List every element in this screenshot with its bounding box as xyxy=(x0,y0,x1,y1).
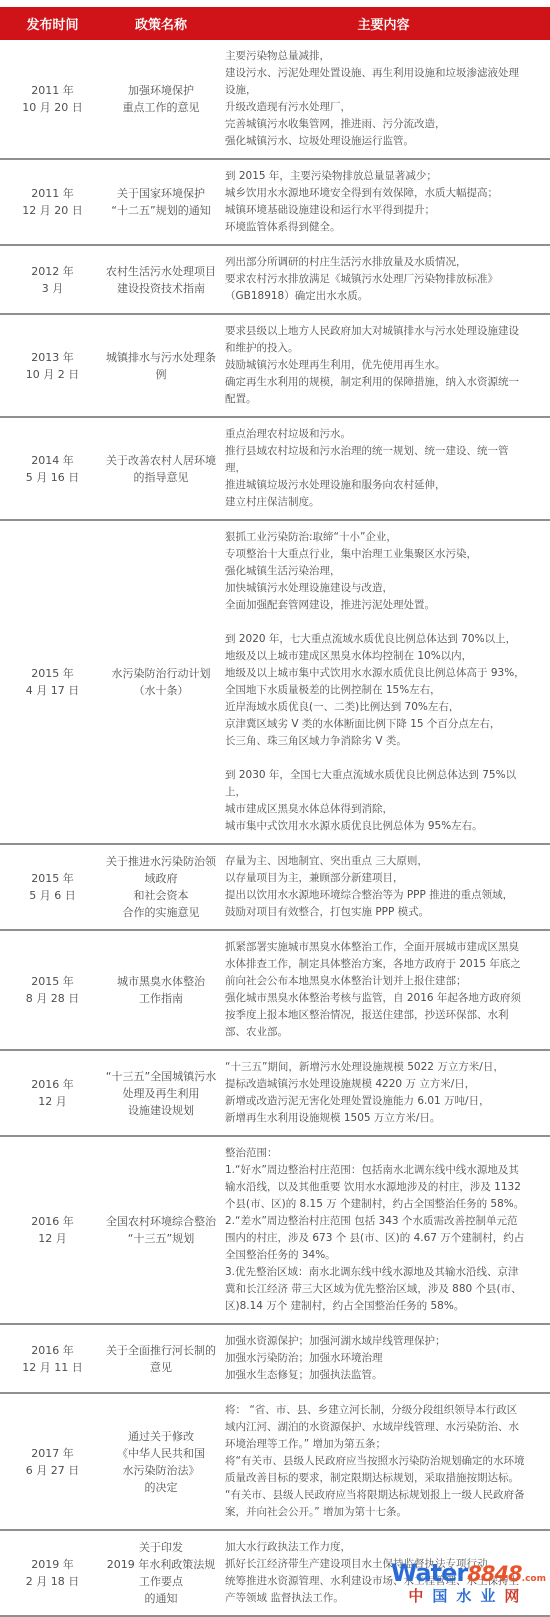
content-paragraph: 加强水资源保护；加强河湖水域岸线管理保护；加强水污染防治；加强水环境治理加强水生… xyxy=(225,1333,526,1384)
content-line: 推进城镇垃圾污水处理设施和服务向农村延伸， xyxy=(225,477,526,494)
row-content: 整治范围：1.“好水”周边整治村庄范围：包括南水北调东线中线水源地及其输水沿线，… xyxy=(217,1143,550,1317)
content-line: 提出以饮用水水源地环境综合整治等为 PPP 推进的重点领域， xyxy=(225,887,526,904)
row-content: 加强水资源保护；加强河湖水域岸线管理保护；加强水污染防治；加强水环境治理加强水生… xyxy=(217,1331,550,1386)
content-line: 列出部分所调研的村庄生活污水排放量及水质情况， xyxy=(225,254,526,271)
row-date: 2015 年 5 月 6 日 xyxy=(0,870,105,904)
table-row: 2016 年 12 月 “十三五”全国城镇污水 处理及再生利用 设施建设规划 “… xyxy=(0,1049,550,1135)
content-line: 城镇环境基础设施建设和运行水平得到提升； xyxy=(225,202,526,219)
content-line: 强化城市黑臭水体整治考核与监管，自 2016 年起各地方政府须按季度上报本地区整… xyxy=(225,990,526,1041)
content-line: 狠抓工业污染防治:取缔“十小”企业， xyxy=(225,529,526,546)
content-line: 加大水行政执法工作力度， xyxy=(225,1539,526,1556)
row-policy-name: 城镇排水与污水处理条例 xyxy=(105,349,217,383)
content-line: 建立村庄保洁制度。 xyxy=(225,494,526,511)
row-policy-name: 关于印发 2019 年水利政策法规工作要点 的通知 xyxy=(105,1539,217,1607)
row-policy-name: 通过关于修改 《中华人民共和国 水污染防治法》 的决定 xyxy=(105,1428,217,1496)
content-line: 全国地下水质量极差的比例控制在 15%左右， xyxy=(225,682,526,699)
table-row: 2011 年 10 月 20 日 加强环境保护 重点工作的意见 主要污染物总量减… xyxy=(0,40,550,158)
content-line: 长三角、珠三角区域力争消除劣 V 类。 xyxy=(225,733,526,750)
row-date: 2015 年 4 月 17 日 xyxy=(0,665,105,699)
row-content: “十三五”期间，新增污水处理设施规模 5022 万立方米/日，提标改造城镇污水处… xyxy=(217,1057,550,1129)
content-line: 城乡饮用水水源地环境安全得到有效保障，水质大幅提高； xyxy=(225,185,526,202)
content-line: 整治范围： xyxy=(225,1145,526,1162)
row-content: 要求县级以上地方人民政府加大对城镇排水与污水处理设施建设和维护的投入。鼓励城镇污… xyxy=(217,321,550,410)
content-line: 存量为主、因地制宜、突出重点 三大原则， xyxy=(225,853,526,870)
content-line: 城市建成区黑臭水体总体得到消除， xyxy=(225,801,526,818)
row-policy-name: 水污染防治行动计划 （水十条） xyxy=(105,665,217,699)
content-line: 将“有关市、县级人民政府应当按照水污染防治规划确定的水环境质量改善目标的要求，制… xyxy=(225,1453,526,1521)
table-row: 2014 年 5 月 16 日 关于改善农村人居环境 的指导意见 重点治理农村垃… xyxy=(0,416,550,519)
content-line: 确定再生水利用的规模，制定利用的保障措施，纳入水资源统一配置。 xyxy=(225,374,526,408)
row-date: 2016 年 12 月 xyxy=(0,1076,105,1110)
row-policy-name: “十三五”全国城镇污水 处理及再生利用 设施建设规划 xyxy=(105,1068,217,1119)
content-line: 城市集中式饮用水水源水质优良比例总体为 95%左右。 xyxy=(225,818,526,835)
row-date: 2011 年 10 月 20 日 xyxy=(0,82,105,116)
row-date: 2019 年 2 月 18 日 xyxy=(0,1556,105,1590)
table-row: 2012 年 3 月 农村生活污水处理项目 建设投资技术指南 列出部分所调研的村… xyxy=(0,244,550,313)
content-line: “十三五”期间，新增污水处理设施规模 5022 万立方米/日， xyxy=(225,1059,526,1076)
row-policy-name: 城市黑臭水体整治 工作指南 xyxy=(105,973,217,1007)
content-paragraph: 主要污染物总量减排，建设污水、污泥处理处置设施、再生利用设施和垃圾渗滤液处理设施… xyxy=(225,48,526,150)
content-paragraph: 到 2015 年，主要污染物排放总量显著减少；城乡饮用水水源地环境安全得到有效保… xyxy=(225,168,526,236)
content-line: 新增或改造污泥无害化处理处置设施能力 6.01 万吨/日， xyxy=(225,1093,526,1110)
content-line: 要求农村污水排放满足《城镇污水处理厂污染物排放标准》（GB18918）确定出水水… xyxy=(225,271,526,305)
content-paragraph: 到 2020 年，七大重点流域水质优良比例总体达到 70%以上，地级及以上城市建… xyxy=(225,631,526,750)
table-row: 2016 年 12 月 11 日 关于全面推行河长制的意见 加强水资源保护；加强… xyxy=(0,1323,550,1392)
content-line: 专项整治十大重点行业，集中治理工业集聚区水污染， xyxy=(225,546,526,563)
content-paragraph: 要求县级以上地方人民政府加大对城镇排水与污水处理设施建设和维护的投入。鼓励城镇污… xyxy=(225,323,526,408)
content-paragraph: 将： “省、市、县、乡建立河长制，分级分段组织领导本行政区域内江河、湖泊的水资源… xyxy=(225,1402,526,1521)
policy-table-page: 发布时间 政策名称 主要内容 2011 年 10 月 20 日 加强环境保护 重… xyxy=(0,0,550,1617)
content-line: 1.“好水”周边整治村庄范围：包括南水北调东线中线水源地及其输水沿线，以及其他重… xyxy=(225,1162,526,1213)
content-line: 环境监管体系得到健全。 xyxy=(225,219,526,236)
policy-table: 发布时间 政策名称 主要内容 2011 年 10 月 20 日 加强环境保护 重… xyxy=(0,7,550,1617)
row-content: 重点治理农村垃圾和污水。推行县域农村垃圾和污水治理的统一规划、统一建设、统一管理… xyxy=(217,424,550,513)
table-row: 2015 年 5 月 6 日 关于推进水污染防治领域政府 和社会资本 合作的实施… xyxy=(0,843,550,929)
content-line: 到 2015 年，主要污染物排放总量显著减少； xyxy=(225,168,526,185)
content-line: 到 2020 年，七大重点流域水质优良比例总体达到 70%以上， xyxy=(225,631,526,648)
content-line: 新增再生水利用设施规模 1505 万立方米/日。 xyxy=(225,1110,526,1127)
content-line: 要求县级以上地方人民政府加大对城镇排水与污水处理设施建设和维护的投入。 xyxy=(225,323,526,357)
content-line: 2.“差水”周边整治村庄范围 包括 343 个水质需改善控制单元范围内的村庄，涉… xyxy=(225,1213,526,1264)
content-line: 鼓励对项目有效整合，打包实施 PPP 模式。 xyxy=(225,904,526,921)
content-paragraph: 加大水行政执法工作力度，抓好长江经济带生产建设项目水土保持监督执法专项行动，统筹… xyxy=(225,1539,526,1607)
content-line: 强化城镇污水、垃圾处理设施运行监管。 xyxy=(225,133,526,150)
row-policy-name: 关于国家环境保护 “十二五”规划的通知 xyxy=(105,185,217,219)
content-paragraph: “十三五”期间，新增污水处理设施规模 5022 万立方米/日，提标改造城镇污水处… xyxy=(225,1059,526,1127)
content-paragraph: 列出部分所调研的村庄生活污水排放量及水质情况，要求农村污水排放满足《城镇污水处理… xyxy=(225,254,526,305)
content-line: 抓紧部署实施城市黑臭水体整治工作，全面开展城市建成区黑臭水体排查工作，制定具体整… xyxy=(225,939,526,990)
content-line: 将： “省、市、县、乡建立河长制，分级分段组织领导本行政区域内江河、湖泊的水资源… xyxy=(225,1402,526,1453)
content-line: 升级改造现有污水处理厂， xyxy=(225,99,526,116)
column-header-date: 发布时间 xyxy=(0,14,105,33)
content-line: 加快城镇污水处理设施建设与改造， xyxy=(225,580,526,597)
row-policy-name: 关于全面推行河长制的意见 xyxy=(105,1342,217,1376)
content-line: 提标改造城镇污水处理设施规模 4220 万 立方米/日， xyxy=(225,1076,526,1093)
content-line: 建设污水、污泥处理处置设施、再生利用设施和垃圾渗滤液处理设施， xyxy=(225,65,526,99)
row-policy-name: 农村生活污水处理项目 建设投资技术指南 xyxy=(105,263,217,297)
row-date: 2015 年 8 月 28 日 xyxy=(0,973,105,1007)
row-content: 将： “省、市、县、乡建立河长制，分级分段组织领导本行政区域内江河、湖泊的水资源… xyxy=(217,1400,550,1523)
content-line: 抓好长江经济带生产建设项目水土保持监督执法专项行动， xyxy=(225,1556,526,1573)
content-line: 加强水生态修复；加强执法监管。 xyxy=(225,1367,526,1384)
content-line: 全面加强配套管网建设，推进污泥处理处置。 xyxy=(225,597,526,614)
table-row: 2019 年 2 月 18 日 关于印发 2019 年水利政策法规工作要点 的通… xyxy=(0,1529,550,1615)
row-content: 列出部分所调研的村庄生活污水排放量及水质情况，要求农村污水排放满足《城镇污水处理… xyxy=(217,252,550,307)
table-row: 2016 年 12 月 全国农村环境综合整治 “十三五”规划 整治范围：1.“好… xyxy=(0,1135,550,1323)
row-content: 存量为主、因地制宜、突出重点 三大原则，以存量项目为主，兼顾部分新建项目，提出以… xyxy=(217,851,550,923)
table-row: 2015 年 4 月 17 日 水污染防治行动计划 （水十条） 狠抓工业污染防治… xyxy=(0,519,550,843)
content-line: 以存量项目为主，兼顾部分新建项目， xyxy=(225,870,526,887)
row-content: 到 2015 年，主要污染物排放总量显著减少；城乡饮用水水源地环境安全得到有效保… xyxy=(217,166,550,238)
row-policy-name: 全国农村环境综合整治 “十三五”规划 xyxy=(105,1213,217,1247)
content-paragraph: 重点治理农村垃圾和污水。推行县域农村垃圾和污水治理的统一规划、统一建设、统一管理… xyxy=(225,426,526,511)
content-line: 统筹推进水资源管理、水利建设市场、水工程管理、水土保持生产等领域 监督执法工作。 xyxy=(225,1573,526,1607)
content-line: 加强水污染防治；加强水环境治理 xyxy=(225,1350,526,1367)
content-line: 主要污染物总量减排， xyxy=(225,48,526,65)
content-line: 鼓励城镇污水处理再生利用，优先使用再生水。 xyxy=(225,357,526,374)
row-content: 加大水行政执法工作力度，抓好长江经济带生产建设项目水土保持监督执法专项行动，统筹… xyxy=(217,1537,550,1609)
content-line: 完善城镇污水收集管网，推进雨、污分流改造， xyxy=(225,116,526,133)
row-content: 主要污染物总量减排，建设污水、污泥处理处置设施、再生利用设施和垃圾渗滤液处理设施… xyxy=(217,46,550,152)
row-content: 抓紧部署实施城市黑臭水体整治工作，全面开展城市建成区黑臭水体排查工作，制定具体整… xyxy=(217,937,550,1043)
content-line: 3.优先整治区域：南水北调东线中线水源地及其输水沿线、京津冀和长江经济 带三大区… xyxy=(225,1264,526,1315)
column-header-policy-name: 政策名称 xyxy=(105,14,217,33)
row-date: 2014 年 5 月 16 日 xyxy=(0,452,105,486)
row-policy-name: 关于推进水污染防治领域政府 和社会资本 合作的实施意见 xyxy=(105,853,217,921)
content-paragraph: 抓紧部署实施城市黑臭水体整治工作，全面开展城市建成区黑臭水体排查工作，制定具体整… xyxy=(225,939,526,1041)
content-line: 推行县域农村垃圾和污水治理的统一规划、统一建设、统一管理， xyxy=(225,443,526,477)
row-date: 2016 年 12 月 xyxy=(0,1213,105,1247)
content-line: 加强水资源保护；加强河湖水域岸线管理保护； xyxy=(225,1333,526,1350)
content-line: 重点治理农村垃圾和污水。 xyxy=(225,426,526,443)
content-line: 强化城镇生活污染治理， xyxy=(225,563,526,580)
table-row: 2013 年 10 月 2 日 城镇排水与污水处理条例 要求县级以上地方人民政府… xyxy=(0,313,550,416)
content-line: 地级及以上城市集中式饮用水水源水质优良比例总体高于 93%， xyxy=(225,665,526,682)
content-paragraph: 狠抓工业污染防治:取缔“十小”企业，专项整治十大重点行业，集中治理工业集聚区水污… xyxy=(225,529,526,614)
row-policy-name: 关于改善农村人居环境 的指导意见 xyxy=(105,452,217,486)
row-date: 2016 年 12 月 11 日 xyxy=(0,1342,105,1376)
content-paragraph: 到 2030 年，全国七大重点流域水质优良比例总体达到 75%以上，城市建成区黑… xyxy=(225,767,526,835)
content-paragraph: 存量为主、因地制宜、突出重点 三大原则，以存量项目为主，兼顾部分新建项目，提出以… xyxy=(225,853,526,921)
row-content: 狠抓工业污染防治:取缔“十小”企业，专项整治十大重点行业，集中治理工业集聚区水污… xyxy=(217,527,550,837)
table-row: 2011 年 12 月 20 日 关于国家环境保护 “十二五”规划的通知 到 2… xyxy=(0,158,550,244)
column-header-main-content: 主要内容 xyxy=(217,14,550,33)
content-line: 近岸海域水质优良(一、二类)比例达到 70%左右， xyxy=(225,699,526,716)
row-policy-name: 加强环境保护 重点工作的意见 xyxy=(105,82,217,116)
row-date: 2013 年 10 月 2 日 xyxy=(0,349,105,383)
table-row: 2017 年 6 月 27 日 通过关于修改 《中华人民共和国 水污染防治法》 … xyxy=(0,1392,550,1529)
row-date: 2017 年 6 月 27 日 xyxy=(0,1445,105,1479)
row-date: 2011 年 12 月 20 日 xyxy=(0,185,105,219)
content-paragraph: 整治范围：1.“好水”周边整治村庄范围：包括南水北调东线中线水源地及其输水沿线，… xyxy=(225,1145,526,1315)
table-row: 2015 年 8 月 28 日 城市黑臭水体整治 工作指南 抓紧部署实施城市黑臭… xyxy=(0,929,550,1049)
row-date: 2012 年 3 月 xyxy=(0,263,105,297)
content-line: 地级及以上城市建成区黑臭水体均控制在 10%以内， xyxy=(225,648,526,665)
content-line: 京津冀区域劣 V 类的水体断面比例下降 15 个百分点左右， xyxy=(225,716,526,733)
content-line: 到 2030 年，全国七大重点流域水质优良比例总体达到 75%以上， xyxy=(225,767,526,801)
policy-table-body: 2011 年 10 月 20 日 加强环境保护 重点工作的意见 主要污染物总量减… xyxy=(0,40,550,1617)
table-header-row: 发布时间 政策名称 主要内容 xyxy=(0,7,550,40)
